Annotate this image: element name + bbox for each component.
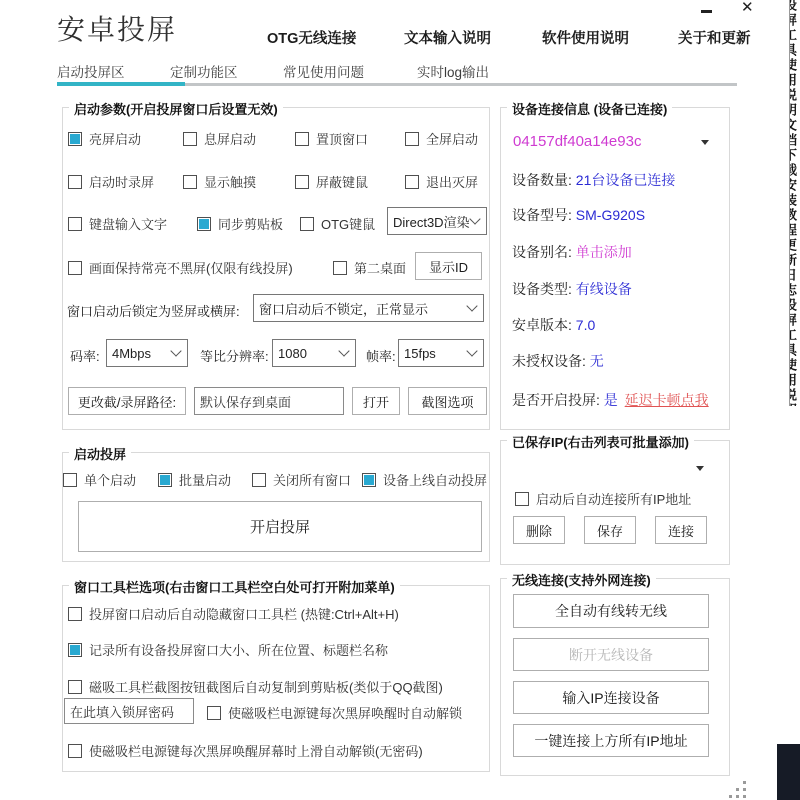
checkbox-box[interactable]: [405, 132, 419, 146]
checkbox-single-launch[interactable]: 单个启动: [63, 470, 136, 489]
checkbox-box[interactable]: [68, 680, 82, 694]
checkbox-box[interactable]: [183, 132, 197, 146]
bitrate-select[interactable]: 4Mbps: [106, 339, 188, 367]
change-capture-path-button[interactable]: 更改截/录屏路径:: [68, 387, 186, 415]
chevron-down-icon: [338, 345, 349, 356]
chevron-down-icon: [466, 345, 477, 356]
lock-password-input[interactable]: [64, 698, 194, 724]
checkbox-box[interactable]: [515, 492, 529, 506]
orientation-label: 窗口启动后锁定为竖屏或横屏:: [67, 301, 240, 320]
checkbox-remember-window-layout[interactable]: 记录所有设备投屏窗口大小、所在位置、标题栏名称: [68, 640, 388, 659]
enter-ip-connect-button[interactable]: 输入IP连接设备: [513, 681, 709, 714]
device-model-row: 设备型号: SM-G920S: [512, 205, 645, 225]
checkbox-auto-mirror-on-online[interactable]: 设备上线自动投屏: [362, 470, 487, 489]
checkbox-box[interactable]: [158, 473, 172, 487]
background-dark-corner: [777, 744, 800, 800]
launch-params-title: 启动参数(开启投屏窗口后设置无效): [69, 99, 283, 118]
app-window: ✕ 安卓投屏 OTG无线连接 文本输入说明 软件使用说明 关于和更新 启动投屏区…: [0, 0, 800, 800]
checkbox-box[interactable]: [295, 132, 309, 146]
device-count-row: 设备数量: 21台设备已连接: [512, 170, 675, 190]
checkbox-box[interactable]: [295, 175, 309, 189]
checkbox-box[interactable]: [362, 473, 376, 487]
checkbox-box[interactable]: [333, 261, 347, 275]
checkbox-box[interactable]: [68, 744, 82, 758]
checkbox-fullscreen-start[interactable]: 全屏启动: [405, 129, 478, 148]
renderer-select[interactable]: Direct3D渲染: [387, 207, 487, 235]
capture-path-input[interactable]: [194, 387, 344, 415]
connect-ip-button[interactable]: 连接: [655, 516, 707, 544]
checkbox-otg-keymouse[interactable]: OTG键鼠: [300, 214, 375, 233]
checkbox-screenshot-to-clipboard[interactable]: 磁吸工具栏截图按钮截图后自动复制到剪贴板(类似于QQ截图): [68, 677, 443, 696]
checkbox-record-on-start[interactable]: 启动时录屏: [68, 172, 154, 191]
device-alias-row: 设备别名: 单击添加: [512, 242, 632, 262]
menu-item-otg-wireless[interactable]: OTG无线连接: [267, 27, 356, 48]
checkbox-auto-connect-all-ip[interactable]: 启动后自动连接所有IP地址: [515, 489, 691, 508]
checkbox-screen-on-start[interactable]: 亮屏启动: [68, 129, 141, 148]
checkbox-swipe-unlock-on-wake[interactable]: 使磁吸栏电源键每次黑屏唤醒屏幕时上滑自动解锁(无密码): [68, 741, 423, 760]
open-path-button[interactable]: 打开: [352, 387, 400, 415]
checkbox-screen-off-on-exit[interactable]: 退出灭屏: [405, 172, 478, 191]
checkbox-auto-unlock-on-wake[interactable]: 使磁吸栏电源键每次黑屏唤醒时自动解锁: [207, 703, 462, 722]
checkbox-box[interactable]: [68, 607, 82, 621]
android-version-row: 安卓版本: 7.0: [512, 315, 595, 335]
background-window-text: 投屏工具使用说明文档下载安装教程更新日志投屏工具使用说明文档下载安装教程: [789, 0, 797, 406]
page-title: 安卓投屏: [57, 8, 177, 48]
checkbox-box[interactable]: [300, 217, 314, 231]
auto-wired-to-wireless-button[interactable]: 全自动有线转无线: [513, 594, 709, 628]
device-type-row: 设备类型: 有线设备: [512, 279, 632, 299]
checkbox-block-keyboard-mouse[interactable]: 屏蔽键鼠: [295, 172, 368, 191]
unauthorized-device-row: 未授权设备: 无: [512, 351, 604, 371]
menu-item-software-help[interactable]: 软件使用说明: [542, 27, 629, 48]
tab-divider: [185, 83, 737, 86]
device-info-title: 设备连接信息 (设备已连接): [507, 99, 672, 118]
show-id-button[interactable]: 显示ID: [415, 252, 482, 280]
saved-ip-dropdown-icon[interactable]: [696, 466, 704, 471]
fps-select[interactable]: 15fps: [398, 339, 484, 367]
checkbox-sync-clipboard[interactable]: 同步剪贴板: [197, 214, 283, 233]
screenshot-options-button[interactable]: 截图选项: [408, 387, 487, 415]
tab-faq[interactable]: 常见使用问题: [283, 61, 364, 81]
checkbox-box[interactable]: [63, 473, 77, 487]
device-info-group: 设备连接信息 (设备已连接): [500, 107, 730, 430]
checkbox-show-touches[interactable]: 显示触摸: [183, 172, 256, 191]
menu-item-about-update[interactable]: 关于和更新: [678, 27, 751, 48]
resolution-label: 等比分辨率:: [200, 346, 269, 365]
checkbox-box[interactable]: [207, 706, 221, 720]
checkbox-close-all-windows[interactable]: 关闭所有窗口: [252, 470, 351, 489]
checkbox-batch-launch[interactable]: 批量启动: [158, 470, 231, 489]
checkbox-box[interactable]: [68, 643, 82, 657]
menu-item-text-input-help[interactable]: 文本输入说明: [404, 27, 491, 48]
tab-custom-area[interactable]: 定制功能区: [170, 61, 238, 81]
checkbox-box[interactable]: [252, 473, 266, 487]
connect-all-ip-button[interactable]: 一键连接上方所有IP地址: [513, 724, 709, 757]
checkbox-box[interactable]: [183, 175, 197, 189]
checkbox-box[interactable]: [197, 217, 211, 231]
saved-ip-title: 已保存IP(右击列表可批量添加): [507, 432, 694, 451]
save-ip-button[interactable]: 保存: [584, 516, 636, 544]
checkbox-box[interactable]: [68, 132, 82, 146]
minimize-icon[interactable]: [701, 10, 712, 13]
checkbox-screen-off-start[interactable]: 息屏启动: [183, 129, 256, 148]
checkbox-box[interactable]: [68, 217, 82, 231]
resolution-select[interactable]: 1080: [272, 339, 356, 367]
chevron-down-icon: [469, 213, 480, 224]
wireless-title: 无线连接(支持外网连接): [507, 570, 656, 589]
start-mirroring-button[interactable]: 开启投屏: [78, 501, 482, 552]
device-id-combobox[interactable]: 04157df40a14e93c: [513, 133, 641, 150]
checkbox-auto-hide-toolbar[interactable]: 投屏窗口启动后自动隐藏窗口工具栏 (热键:Ctrl+Alt+H): [68, 604, 399, 623]
tab-launch-area[interactable]: 启动投屏区: [57, 61, 125, 81]
toolbar-options-title: 窗口工具栏选项(右击窗口工具栏空白处可打开附加菜单): [69, 577, 400, 596]
tab-log-output[interactable]: 实时log输出: [417, 61, 489, 81]
checkbox-box[interactable]: [68, 175, 82, 189]
checkbox-keyboard-text-input[interactable]: 键盘输入文字: [68, 214, 167, 233]
device-id-dropdown-icon[interactable]: [701, 140, 709, 145]
device-alias-add-link[interactable]: 单击添加: [576, 244, 632, 260]
checkbox-box[interactable]: [405, 175, 419, 189]
disconnect-wireless-button[interactable]: 断开无线设备: [513, 638, 709, 671]
chevron-down-icon: [170, 345, 181, 356]
active-tab-indicator: [57, 82, 185, 86]
checkbox-second-desktop[interactable]: 第二桌面: [333, 258, 406, 277]
delete-ip-button[interactable]: 删除: [513, 516, 565, 544]
background-window-sliver: 投屏工具使用说明文档下载安装教程更新日志投屏工具使用说明文档下载安装教程: [789, 0, 800, 406]
mirroring-status-row: 是否开启投屏: 是 延迟卡顿点我: [512, 390, 709, 410]
close-icon[interactable]: ✕: [741, 0, 754, 16]
launch-group-title: 启动投屏: [69, 444, 131, 463]
checkbox-keep-screen-bright[interactable]: 画面保持常亮不黑屏(仅限有线投屏): [68, 258, 293, 277]
checkbox-box[interactable]: [68, 261, 82, 275]
bitrate-label: 码率:: [70, 346, 100, 365]
chevron-down-icon: [466, 300, 477, 311]
fps-label: 帧率:: [366, 346, 396, 365]
checkbox-window-topmost[interactable]: 置顶窗口: [295, 129, 368, 148]
resize-grip[interactable]: [729, 781, 749, 800]
lag-help-link[interactable]: 延迟卡顿点我: [625, 392, 709, 408]
orientation-select[interactable]: 窗口启动后不锁定，正常显示: [253, 294, 484, 322]
